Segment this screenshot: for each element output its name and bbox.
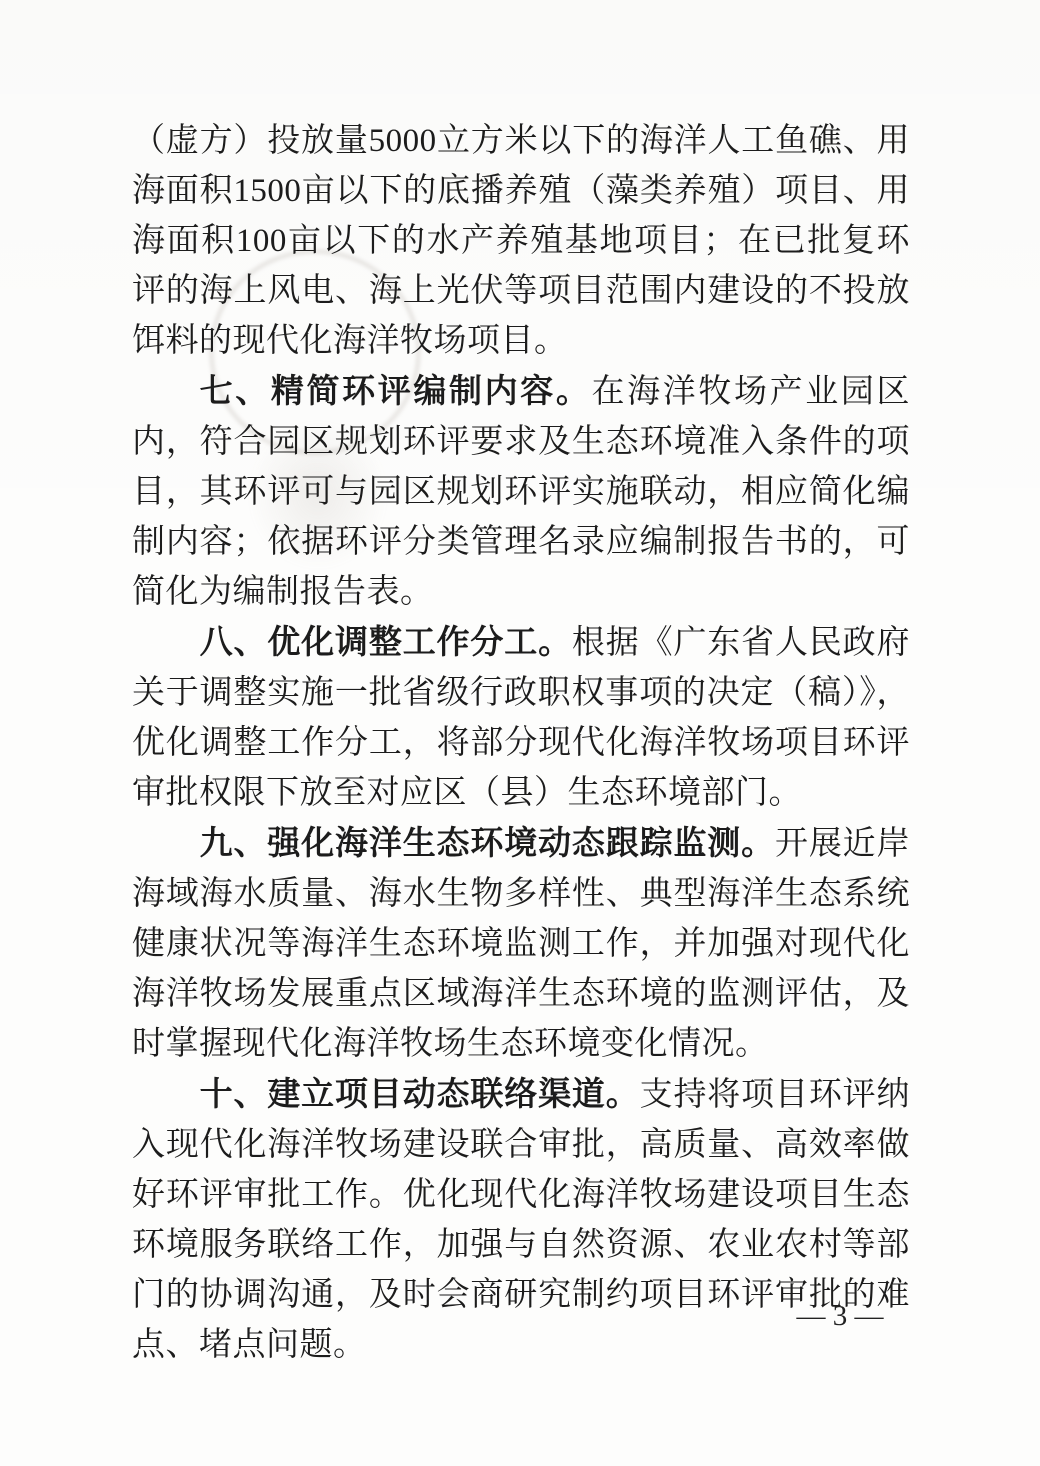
paragraph-section-7: 七、精简环评编制内容。在海洋牧场产业园区内，符合园区规划环评要求及生态环境准入条… [132,366,910,617]
page-number: — 3 — [690,1300,990,1333]
section-9-heading: 九、强化海洋生态环境动态跟踪监测。 [200,824,775,861]
section-7-text: 在海洋牧场产业园区内，符合园区规划环评要求及生态环境准入条件的项目，其环评可与园… [132,374,910,610]
paragraph-section-9: 九、强化海洋生态环境动态跟踪监测。开展近岸海域海水质量、海水生物多样性、典型海洋… [132,818,910,1069]
section-7-heading: 七、精简环评编制内容。 [200,372,592,409]
document-page: （虚方）投放量5000立方米以下的海洋人工鱼礁、用海面积1500亩以下的底播养殖… [0,0,1040,1466]
paragraph-section-8: 八、优化调整工作分工。根据《广东省人民政府关于调整实施一批省级行政职权事项的决定… [132,617,910,818]
paragraph-continuation: （虚方）投放量5000立方米以下的海洋人工鱼礁、用海面积1500亩以下的底播养殖… [132,116,910,366]
section-10-heading: 十、建立项目动态联络渠道。 [200,1075,640,1112]
document-body: （虚方）投放量5000立方米以下的海洋人工鱼礁、用海面积1500亩以下的底播养殖… [132,116,910,1370]
section-9-text: 开展近岸海域海水质量、海水生物多样性、典型海洋生态系统健康状况等海洋生态环境监测… [132,826,910,1062]
paragraph-continuation-text: （虚方）投放量5000立方米以下的海洋人工鱼礁、用海面积1500亩以下的底播养殖… [132,123,910,359]
section-8-heading: 八、优化调整工作分工。 [200,623,572,660]
